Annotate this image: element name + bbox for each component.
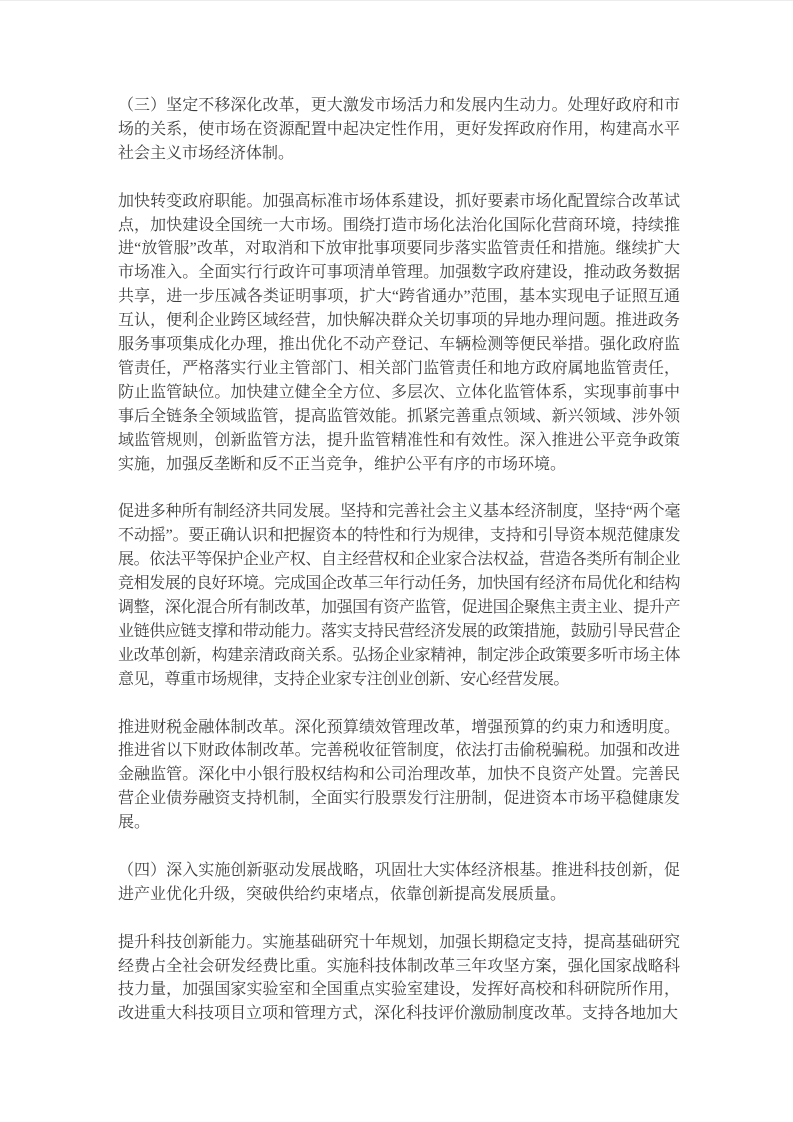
paragraph-sci-tech-innovation-capacity: 提升科技创新能力。实施基础研究十年规划，加强长期稳定支持，提高基础研究经费占全社… bbox=[118, 931, 680, 1027]
document-page: （三）坚定不移深化改革，更大激发市场活力和发展内生动力。处理好政府和市场的关系，… bbox=[0, 0, 793, 1122]
paragraph-section-4-innovation-strategy-intro: （四）深入实施创新驱动发展战略，巩固壮大实体经济根基。推进科技创新，促进产业优化… bbox=[118, 859, 680, 907]
paragraph-fiscal-financial-reform: 推进财税金融体制改革。深化预算绩效管理改革，增强预算的约束力和透明度。推进省以下… bbox=[118, 716, 680, 836]
text-column: （三）坚定不移深化改革，更大激发市场活力和发展内生动力。处理好政府和市场的关系，… bbox=[118, 94, 680, 1026]
paragraph-transform-government-functions: 加快转变政府职能。加强高标准市场体系建设，抓好要素市场化配置综合改革试点，加快建… bbox=[118, 190, 680, 477]
paragraph-multi-ownership-economy: 促进多种所有制经济共同发展。坚持和完善社会主义基本经济制度，坚持“两个毫不动摇”… bbox=[118, 500, 680, 691]
page-top-edge bbox=[0, 0, 793, 1]
paragraph-section-3-deepen-reform-intro: （三）坚定不移深化改革，更大激发市场活力和发展内生动力。处理好政府和市场的关系，… bbox=[118, 94, 680, 166]
